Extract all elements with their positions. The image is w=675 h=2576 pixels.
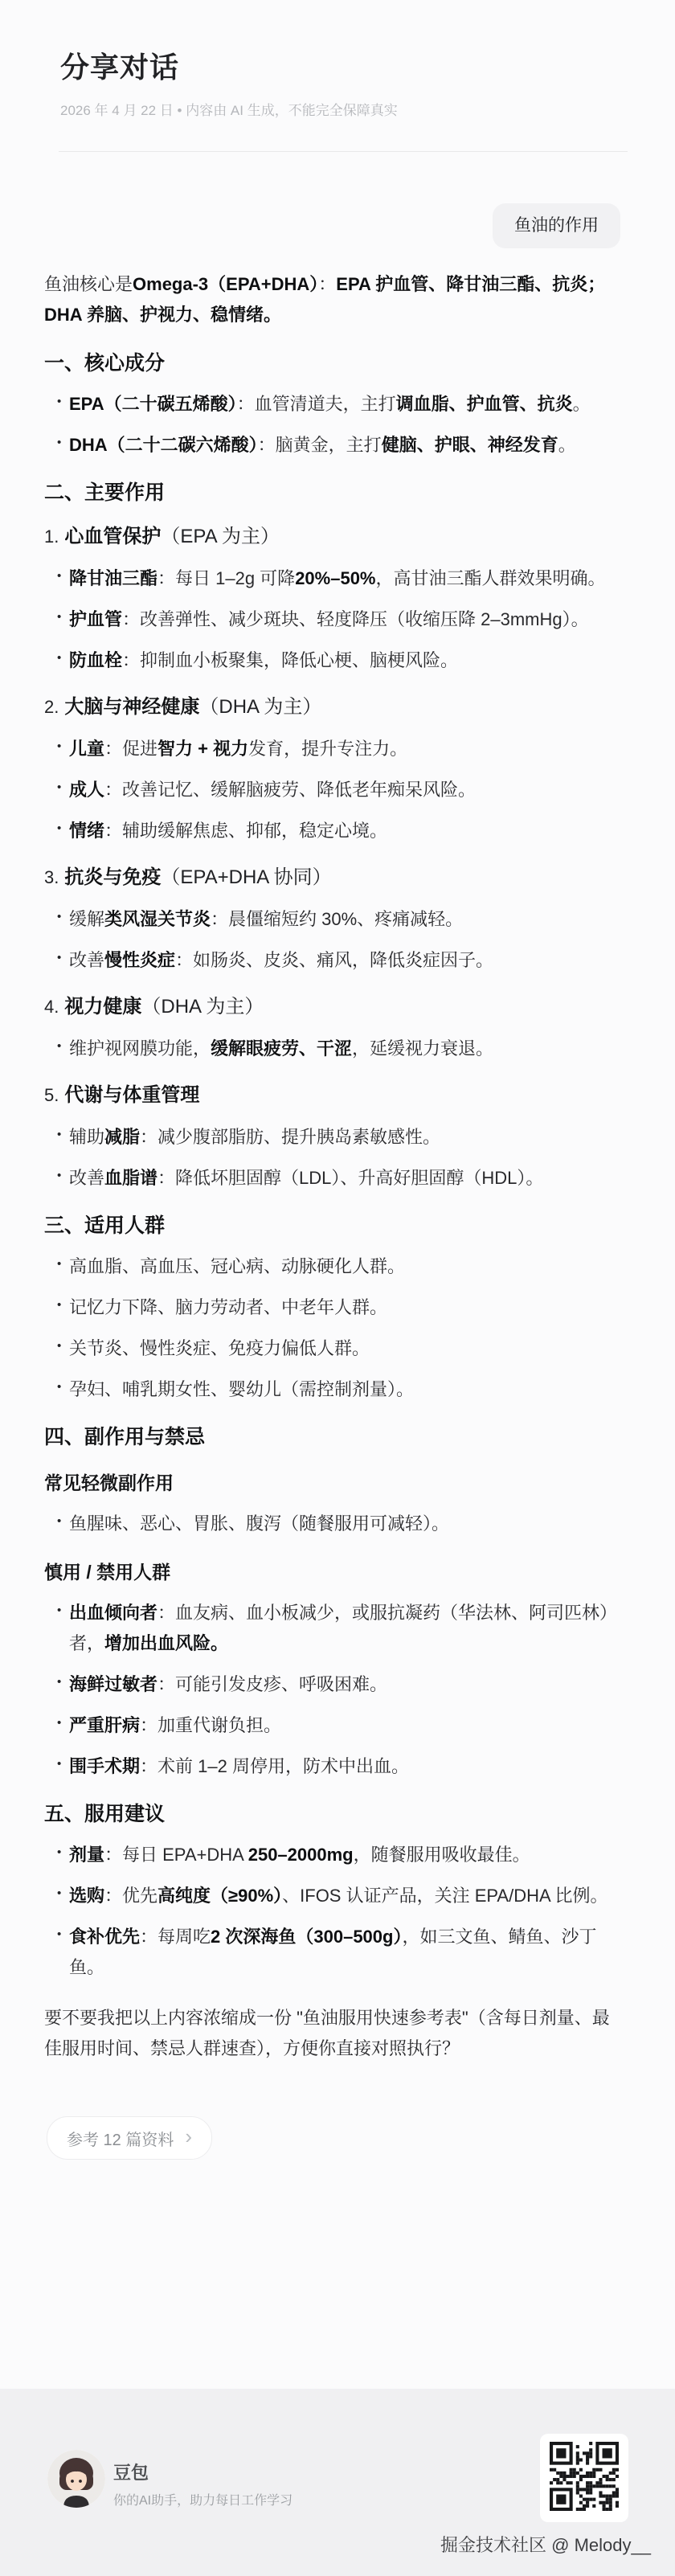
list-item-text: 儿童：促进智力 + 视力发育，提升专注力。 [69, 739, 407, 759]
reply-list-item: •改善慢性炎症：如肠炎、皮炎、痛风，降低炎症因子。 [44, 945, 615, 976]
bullet-icon: • [57, 1031, 61, 1062]
reply-list-item: •降甘油三酯：每日 1–2g 可降20%–50%，高甘油三酯人群效果明确。 [44, 563, 615, 594]
bullet-icon: • [57, 643, 61, 674]
reply-section-heading: 五、服用建议 [44, 1801, 615, 1827]
bullet-icon: • [57, 731, 61, 762]
list-item-text: 高血脂、高血压、冠心病、动脉硬化人群。 [69, 1256, 405, 1276]
assistant-reply: 鱼油核心是Omega-3（EPA+DHA）：EPA 护血管、降甘油三酯、抗炎；D… [0, 269, 675, 2160]
list-item-text: 缓解类风湿关节炎：晨僵缩短约 30%、疼痛减轻。 [69, 909, 463, 929]
reply-list-item: •儿童：促进智力 + 视力发育，提升专注力。 [44, 734, 615, 764]
reply-numbered-heading: 4.视力健康（DHA 为主） [44, 994, 615, 1019]
reply-list-item: •出血倾向者：血友病、血小板减少，或服抗凝药（华法林、阿司匹林）者，增加出血风险… [44, 1598, 615, 1659]
bullet-icon: • [57, 602, 61, 633]
list-item-text: 防血栓：抑制血小板聚集，降低心梗、脑梗风险。 [69, 650, 458, 670]
reply-list-item: •记忆力下降、脑力劳动者、中老年人群。 [44, 1292, 615, 1323]
bullet-icon: • [57, 1595, 61, 1626]
bullet-icon: • [57, 1161, 61, 1191]
bullet-icon: • [57, 428, 61, 458]
chevron-right-icon: › [185, 2126, 192, 2147]
reply-list-item: •鱼腥味、恶心、胃胀、腹泻（随餐服用可减轻）。 [44, 1509, 615, 1539]
page-date: 2026 年 4 月 22 日 • 内容由 AI 生成，不能完全保障真实 [60, 99, 615, 119]
reply-paragraph: 要不要我把以上内容浓缩成一份 "鱼油服用快速参考表"（含每日剂量、最佳服用时间、… [44, 2003, 615, 2064]
reply-list-item: •护血管：改善弹性、减少斑块、轻度降压（收缩压降 2–3mmHg）。 [44, 604, 615, 635]
reply-numbered-heading: 5.代谢与体重管理 [44, 1083, 615, 1108]
bullet-icon: • [57, 943, 61, 973]
reply-list-item: •关节炎、慢性炎症、免疫力偏低人群。 [44, 1333, 615, 1364]
bullet-icon: • [57, 1708, 61, 1738]
reply-list-item: •剂量：每日 EPA+DHA 250–2000mg，随餐服用吸收最佳。 [44, 1840, 615, 1870]
reply-list-item: •DHA（二十二碳六烯酸）：脑黄金，主打健脑、护眼、神经发育。 [44, 430, 615, 461]
reply-list-item: •成人：改善记忆、缓解脑疲劳、降低老年痴呆风险。 [44, 775, 615, 805]
reply-section-heading: 四、副作用与禁忌 [44, 1424, 615, 1450]
list-item-text: 食补优先：每周吃2 次深海鱼（300–500g），如三文鱼、鲭鱼、沙丁鱼。 [69, 1927, 596, 1977]
footer-banner: 豆包 你的AI助手，助力每日工作学习 掘金技术社区 @ Melody__ [0, 2389, 675, 2576]
user-message-row: 鱼油的作用 [0, 203, 675, 248]
qr-card [540, 2434, 628, 2522]
list-item-text: 改善血脂谱：降低坏胆固醇（LDL）、升高好胆固醇（HDL）。 [69, 1168, 543, 1188]
reply-list-item: •EPA（二十碳五烯酸）：血管清道夫，主打调血脂、护血管、抗炎。 [44, 389, 615, 420]
reply-list-item: •防血栓：抑制血小板聚集，降低心梗、脑梗风险。 [44, 645, 615, 676]
bullet-icon: • [57, 1331, 61, 1362]
list-item-text: 鱼腥味、恶心、胃胀、腹泻（随餐服用可减轻）。 [69, 1513, 449, 1534]
reply-numbered-heading: 3.抗炎与免疫（EPA+DHA 协同） [44, 865, 615, 890]
list-item-text: 改善慢性炎症：如肠炎、皮炎、痛风，降低炎症因子。 [69, 950, 493, 970]
reply-numbered-heading: 1.心血管保护（EPA 为主） [44, 524, 615, 549]
bullet-icon: • [57, 1290, 61, 1321]
reply-list-item: •围手术期：术前 1–2 周停用，防术中出血。 [44, 1751, 615, 1782]
bot-description: 你的AI助手，助力每日工作学习 [113, 2490, 292, 2508]
page-header: 分享对话 2026 年 4 月 22 日 • 内容由 AI 生成，不能完全保障真… [0, 0, 675, 119]
reply-list-item: •严重肝病：加重代谢负担。 [44, 1710, 615, 1741]
avatar [47, 2450, 105, 2508]
bot-name: 豆包 [113, 2459, 149, 2484]
bullet-icon: • [57, 1372, 61, 1403]
reply-list-item: •情绪：辅助缓解焦虑、抑郁，稳定心境。 [44, 816, 615, 846]
bullet-icon: • [57, 813, 61, 844]
list-item-text: 成人：改善记忆、缓解脑疲劳、降低老年痴呆风险。 [69, 780, 476, 800]
reply-section-heading: 二、主要作用 [44, 480, 615, 506]
bullet-icon: • [57, 561, 61, 592]
list-item-text: 护血管：改善弹性、减少斑块、轻度降压（收缩压降 2–3mmHg）。 [69, 609, 589, 629]
reply-paragraph: 鱼油核心是Omega-3（EPA+DHA）：EPA 护血管、降甘油三酯、抗炎；D… [44, 269, 615, 330]
bullet-icon: • [57, 772, 61, 803]
share-conversation-page: 分享对话 2026 年 4 月 22 日 • 内容由 AI 生成，不能完全保障真… [0, 0, 675, 2576]
list-item-text: 选购：优先高纯度（≥90%）、IFOS 认证产品，关注 EPA/DHA 比例。 [69, 1886, 608, 1906]
list-item-text: 围手术期：术前 1–2 周停用，防术中出血。 [69, 1756, 409, 1776]
reply-list-item: •缓解类风湿关节炎：晨僵缩短约 30%、疼痛减轻。 [44, 904, 615, 935]
reply-blocks: 鱼油核心是Omega-3（EPA+DHA）：EPA 护血管、降甘油三酯、抗炎；D… [44, 269, 615, 2064]
reply-list-item: •选购：优先高纯度（≥90%）、IFOS 认证产品，关注 EPA/DHA 比例。 [44, 1881, 615, 1911]
reply-list-item: •海鲜过敏者：可能引发皮疹、呼吸困难。 [44, 1669, 615, 1700]
watermark-text: 掘金技术社区 @ Melody__ [440, 2532, 651, 2557]
reply-section-heading: 三、适用人群 [44, 1213, 615, 1239]
reply-subheading: 常见轻微副作用 [44, 1471, 615, 1495]
bullet-icon: • [57, 1506, 61, 1537]
reply-list-item: •高血脂、高血压、冠心病、动脉硬化人群。 [44, 1251, 615, 1282]
reply-section-heading: 一、核心成分 [44, 350, 615, 376]
reply-numbered-heading: 2.大脑与神经健康（DHA 为主） [44, 694, 615, 719]
bullet-icon: • [57, 387, 61, 417]
page-title: 分享对话 [60, 45, 615, 86]
reply-list-item: •食补优先：每周吃2 次深海鱼（300–500g），如三文鱼、鲭鱼、沙丁鱼。 [44, 1922, 615, 1983]
list-item-text: DHA（二十二碳六烯酸）：脑黄金，主打健脑、护眼、神经发育。 [69, 435, 576, 455]
reply-list-item: •辅助减脂：减少腹部脂肪、提升胰岛素敏感性。 [44, 1122, 615, 1153]
bullet-icon: • [57, 1837, 61, 1868]
list-item-text: 海鲜过敏者：可能引发皮疹、呼吸困难。 [69, 1674, 387, 1694]
list-item-text: 严重肝病：加重代谢负担。 [69, 1715, 281, 1735]
qr-code-icon [550, 2442, 619, 2515]
bullet-icon: • [57, 1249, 61, 1280]
list-item-text: 孕妇、哺乳期女性、婴幼儿（需控制剂量）。 [69, 1379, 414, 1399]
user-message-bubble: 鱼油的作用 [493, 203, 620, 248]
bullet-icon: • [57, 1667, 61, 1698]
bullet-icon: • [57, 1878, 61, 1909]
bullet-icon: • [57, 1749, 61, 1779]
references-button[interactable]: 参考 12 篇资料 › [47, 2116, 212, 2160]
list-item-text: 维护视网膜功能，缓解眼疲劳、干涩，延缓视力衰退。 [69, 1038, 493, 1059]
reply-list-item: •维护视网膜功能，缓解眼疲劳、干涩，延缓视力衰退。 [44, 1034, 615, 1064]
list-item-text: 辅助减脂：减少腹部脂肪、提升胰岛素敏感性。 [69, 1127, 440, 1147]
list-item-text: 降甘油三酯：每日 1–2g 可降20%–50%，高甘油三酯人群效果明确。 [69, 568, 606, 588]
list-item-text: 剂量：每日 EPA+DHA 250–2000mg，随餐服用吸收最佳。 [69, 1845, 530, 1865]
reply-list-item: •孕妇、哺乳期女性、婴幼儿（需控制剂量）。 [44, 1374, 615, 1405]
bot-avatar-icon [47, 2450, 105, 2508]
list-item-text: 出血倾向者：血友病、血小板减少，或服抗凝药（华法林、阿司匹林）者，增加出血风险。 [69, 1603, 608, 1653]
list-item-text: 关节炎、慢性炎症、免疫力偏低人群。 [69, 1338, 370, 1358]
bullet-icon: • [57, 1919, 61, 1950]
reply-subheading: 慎用 / 禁用人群 [44, 1560, 615, 1584]
list-item-text: EPA（二十碳五烯酸）：血管清道夫，主打调血脂、护血管、抗炎。 [69, 394, 591, 414]
bullet-icon: • [57, 902, 61, 932]
references-label: 参考 12 篇资料 [67, 2127, 174, 2150]
list-item-text: 记忆力下降、脑力劳动者、中老年人群。 [69, 1297, 387, 1317]
reply-list-item: •改善血脂谱：降低坏胆固醇（LDL）、升高好胆固醇（HDL）。 [44, 1163, 615, 1194]
bullet-icon: • [57, 1120, 61, 1150]
header-divider [59, 151, 628, 152]
list-item-text: 情绪：辅助缓解焦虑、抑郁，稳定心境。 [69, 821, 387, 841]
